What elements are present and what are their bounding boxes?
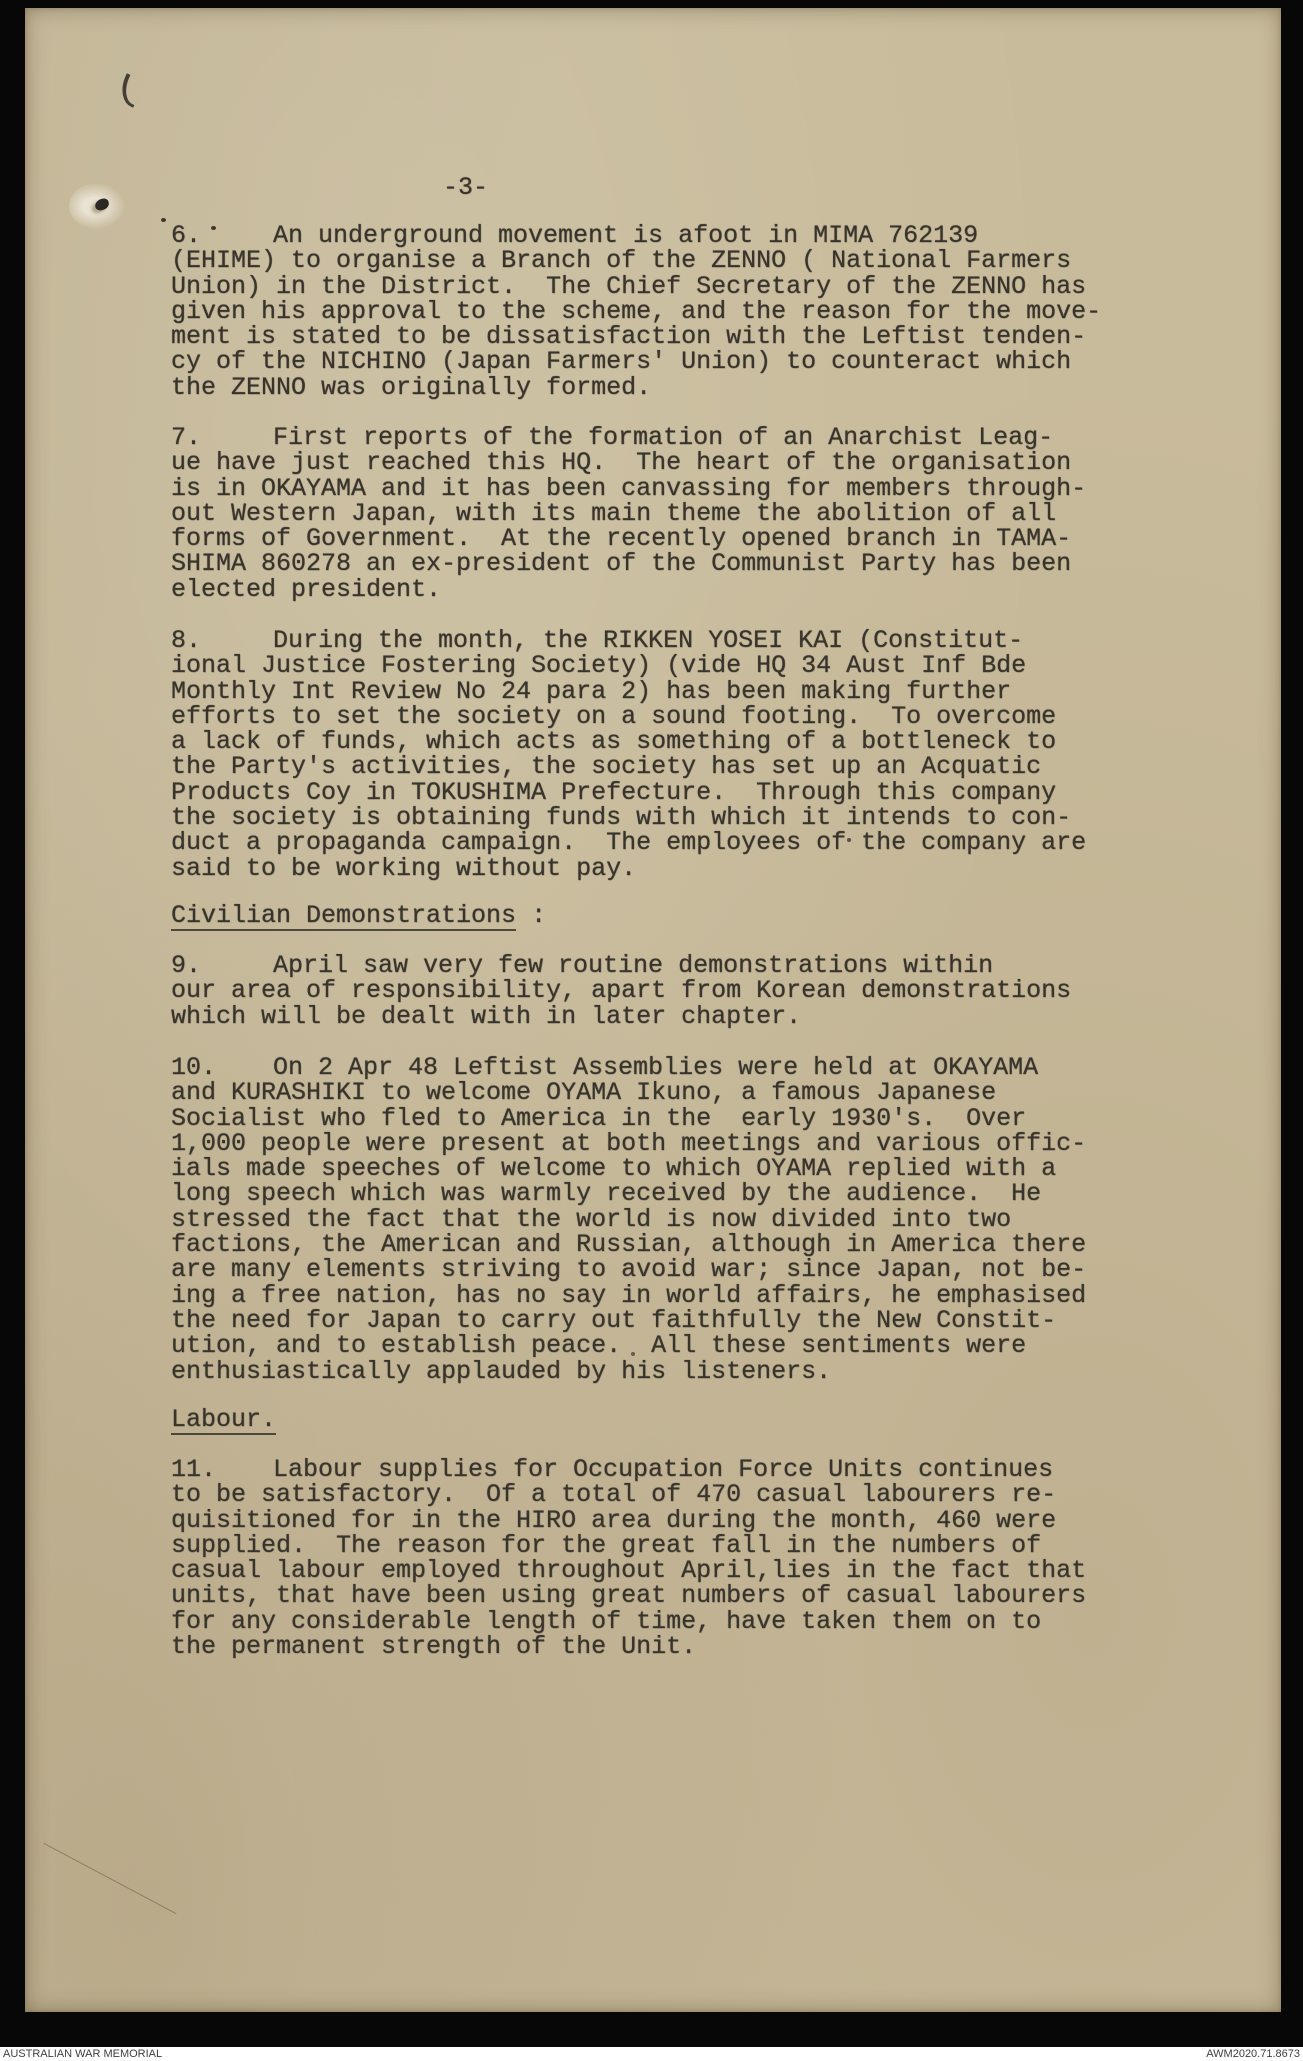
paper-fold-line — [44, 1843, 177, 1914]
paper-speck — [847, 838, 851, 842]
page-number: -3- — [443, 175, 488, 200]
paragraph-7: 7. First reports of the formation of an … — [171, 425, 1156, 602]
document-page: -3- 6. An underground movement is afoot … — [25, 8, 1281, 2012]
paragraph-11-number: 11. — [171, 1457, 216, 1482]
paper-speck — [631, 1352, 635, 1356]
paragraph-7-text: First reports of the formation of an Ana… — [171, 425, 1156, 602]
paper-speck — [211, 226, 216, 230]
archive-name-label: AUSTRALIAN WAR MEMORIAL — [3, 2047, 162, 2061]
ink-smudge-mark — [115, 73, 145, 108]
paper-speck — [161, 218, 166, 222]
paragraph-6: 6. An underground movement is afoot in M… — [171, 223, 1156, 400]
paragraph-9: 9. April saw very few routine demonstrat… — [171, 953, 1156, 1029]
paragraph-8: 8. During the month, the RIKKEN YOSEI KA… — [171, 628, 1156, 881]
archive-reference-number: AWM2020.71.8673 — [1206, 2047, 1300, 2061]
paragraph-8-number: 8. — [171, 628, 201, 653]
paragraph-9-text: April saw very few routine demonstration… — [171, 953, 1156, 1029]
paragraph-11-text: Labour supplies for Occupation Force Uni… — [171, 1457, 1156, 1659]
paragraph-10: 10. On 2 Apr 48 Leftist Assemblies were … — [171, 1055, 1156, 1384]
paragraph-10-number: 10. — [171, 1055, 216, 1080]
section-heading-labour: Labour. — [171, 1407, 1156, 1435]
section-heading-civilian-demonstrations: Civilian Demonstrations : — [171, 903, 1156, 931]
heading-label: Civilian Demonstrations — [171, 903, 516, 931]
paragraph-6-text: An underground movement is afoot in MIMA… — [171, 223, 1156, 400]
paragraph-11: 11. Labour supplies for Occupation Force… — [171, 1457, 1156, 1659]
heading-suffix: : — [516, 901, 546, 930]
paragraph-9-number: 9. — [171, 953, 201, 978]
archive-footer-bar: AUSTRALIAN WAR MEMORIAL AWM2020.71.8673 — [0, 2047, 1303, 2061]
paragraph-6-number: 6. — [171, 223, 201, 248]
scanned-document-view: { "document": { "page_number": "-3-", "p… — [0, 0, 1303, 2061]
paragraph-8-text: During the month, the RIKKEN YOSEI KAI (… — [171, 628, 1156, 881]
heading-label: Labour. — [171, 1407, 276, 1435]
paragraph-7-number: 7. — [171, 425, 201, 450]
paragraph-10-text: On 2 Apr 48 Leftist Assemblies were held… — [171, 1055, 1156, 1384]
